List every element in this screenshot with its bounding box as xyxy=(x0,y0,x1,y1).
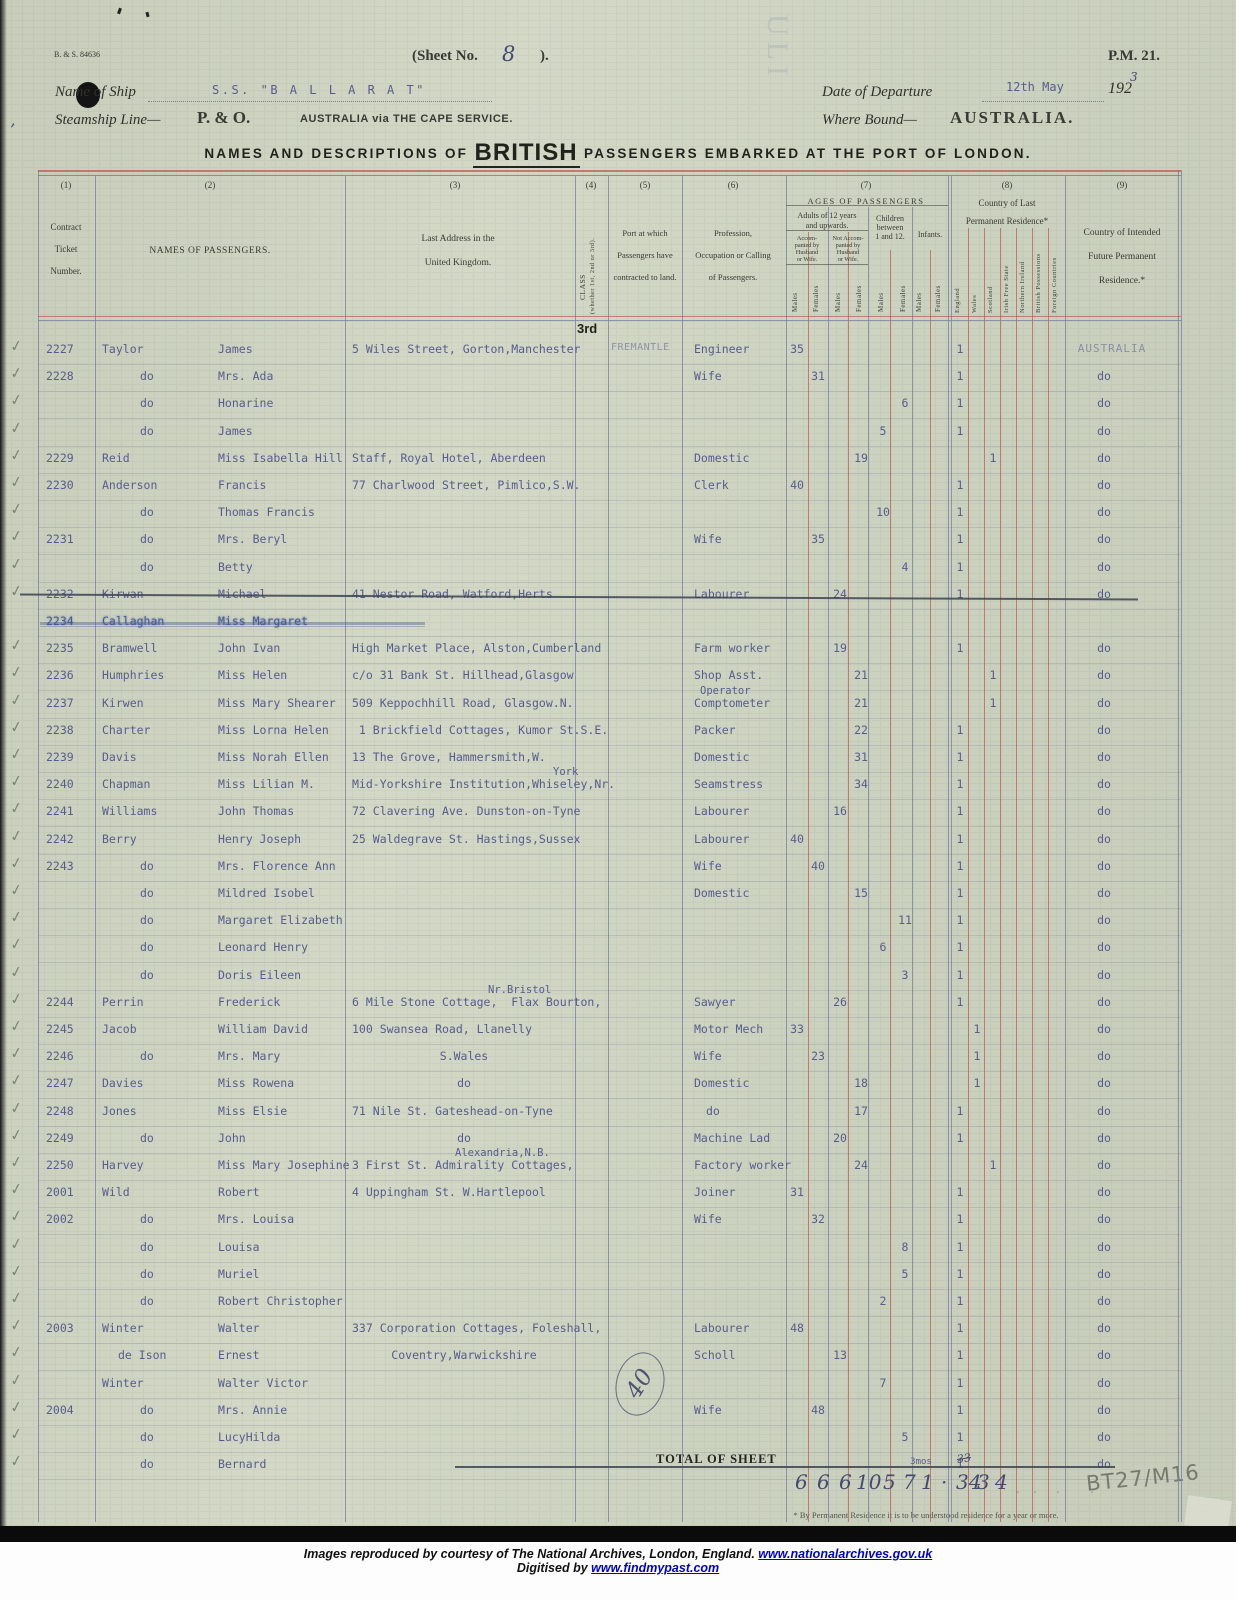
destination-ditto: do xyxy=(1097,505,1111,519)
residence-mark: 1 xyxy=(957,532,964,546)
column-header-text: Children xyxy=(876,214,904,223)
passenger-forename: Frederick xyxy=(218,995,280,1009)
row-rule xyxy=(38,1262,1181,1263)
passenger-occupation: do xyxy=(706,1104,720,1118)
row-rule xyxy=(38,364,1181,365)
class-note: 3rd xyxy=(577,321,597,336)
destination-ditto: do xyxy=(1097,1403,1111,1417)
passenger-address: Coventry,Warwickshire xyxy=(352,1348,576,1362)
column-number: (3) xyxy=(450,180,461,190)
residence-mark: 1 xyxy=(957,940,964,954)
scan-bottom-edge xyxy=(0,1526,1236,1542)
passenger-forename: Ernest xyxy=(218,1348,260,1362)
passenger-address: 77 Charlwood Street, Pimlico,S.W. xyxy=(352,478,580,492)
age-value: 35 xyxy=(811,532,825,546)
passenger-forename: Mrs. Annie xyxy=(218,1403,287,1417)
passenger-forename: Francis xyxy=(218,478,266,492)
margin-mark: ’ xyxy=(10,120,15,139)
row-rule xyxy=(38,663,1181,664)
passenger-forename: Henry Joseph xyxy=(218,832,301,846)
residence-mark: 1 xyxy=(957,723,964,737)
age-value: 2 xyxy=(880,1294,887,1308)
digitisation-footer: Images reproduced by courtesy of The Nat… xyxy=(0,1542,1236,1600)
passenger-occupation: Domestic xyxy=(694,451,749,465)
age-value: 13 xyxy=(833,1348,847,1362)
passenger-surname: do xyxy=(140,1212,154,1226)
ticket-number: 2236 xyxy=(46,668,74,682)
passenger-address: 4 Uppingham St. W.Hartlepool xyxy=(352,1185,546,1199)
table-grid-line xyxy=(1181,170,1182,1522)
residence-mark: 1 xyxy=(990,668,997,682)
ticket-number: 2004 xyxy=(46,1403,74,1417)
sheet-total-value: 4 xyxy=(995,1470,1008,1494)
row-rule xyxy=(38,718,1181,719)
ticket-number: 2229 xyxy=(46,451,74,465)
destination-ditto: do xyxy=(1097,777,1111,791)
ship-label: Name of Ship xyxy=(55,84,136,101)
destination-ditto: do xyxy=(1097,940,1111,954)
where-bound-label: Where Bound— xyxy=(822,112,917,129)
destination-ditto: do xyxy=(1097,451,1111,465)
passenger-surname: do xyxy=(140,1294,154,1308)
passenger-occupation: Labourer xyxy=(694,587,749,601)
ticket-number: 2237 xyxy=(46,696,74,710)
passenger-surname: do xyxy=(140,1403,154,1417)
passenger-surname: do xyxy=(140,913,154,927)
ticket-number: 2240 xyxy=(46,777,74,791)
passenger-forename: Thomas Francis xyxy=(218,505,315,519)
sheet-total-value: 6 xyxy=(795,1470,808,1494)
table-grid-line xyxy=(948,176,949,1522)
sheet-no-suffix: ). xyxy=(540,48,549,65)
row-rule xyxy=(38,854,1181,855)
passenger-forename: John Ivan xyxy=(218,641,280,655)
passenger-surname: Davies xyxy=(102,1076,144,1090)
passenger-address: 509 Keppochhill Road, Glasgow.N. xyxy=(352,696,574,710)
passenger-surname: do xyxy=(140,940,154,954)
destination-ditto: do xyxy=(1097,1104,1111,1118)
total-faint-dot: . xyxy=(1033,1482,1037,1496)
column-number: (8) xyxy=(1002,180,1013,190)
steamship-line-service: AUSTRALIA via THE CAPE SERVICE. xyxy=(300,113,513,125)
age-value: 5 xyxy=(902,1267,909,1281)
destination-ditto: do xyxy=(1097,1430,1111,1444)
passenger-forename: Miss Norah Ellen xyxy=(218,750,329,764)
row-rule xyxy=(38,962,1181,963)
passenger-forename: Bernard xyxy=(218,1457,266,1471)
passenger-surname: do xyxy=(140,369,154,383)
table-grid-line xyxy=(1032,228,1033,1522)
passenger-occupation: Comptometer xyxy=(694,696,770,710)
ticket-number: 2248 xyxy=(46,1104,74,1118)
column-number: (2) xyxy=(205,180,216,190)
row-rule xyxy=(38,1479,1181,1480)
destination-ditto: do xyxy=(1097,532,1111,546)
age-value: 21 xyxy=(854,668,868,682)
residence-mark: 1 xyxy=(957,560,964,574)
males-females-vertical-label: Males xyxy=(915,272,927,312)
ticket-number: 2002 xyxy=(46,1212,74,1226)
table-grid-line xyxy=(786,176,787,1522)
sheet-total-value: 1 xyxy=(921,1470,934,1494)
row-rule xyxy=(38,1207,1181,1208)
passenger-surname: Davis xyxy=(102,750,137,764)
year-handwritten: 3 xyxy=(1130,70,1138,84)
destination-ditto: do xyxy=(1097,396,1111,410)
column-number: (6) xyxy=(728,180,739,190)
sheet-total-value: 6 xyxy=(839,1470,852,1494)
sheet-no-prefix: (Sheet No. xyxy=(412,48,478,65)
residence-mark: 1 xyxy=(957,859,964,873)
passenger-occupation: Labourer xyxy=(694,804,749,818)
class-column-vertical-sublabel: (whether 1st, 2nd or 3rd). xyxy=(589,161,601,314)
residence-country-vertical-label: Foreign Countries xyxy=(1051,206,1063,313)
age-value: 23 xyxy=(811,1049,825,1063)
passenger-forename: Robert Christopher xyxy=(218,1294,343,1308)
residence-mark: 1 xyxy=(990,1158,997,1172)
destination-ditto: do xyxy=(1097,913,1111,927)
passenger-forename: Honarine xyxy=(218,396,273,410)
row-rule xyxy=(38,391,1181,392)
destination-ditto: do xyxy=(1097,369,1111,383)
findmypast-link[interactable]: www.findmypast.com xyxy=(591,1561,719,1575)
row-strike-line xyxy=(455,1466,1115,1468)
passenger-forename: Margaret Elizabeth xyxy=(218,913,343,927)
passenger-forename: Mrs. Louisa xyxy=(218,1212,294,1226)
residence-mark: 1 xyxy=(957,424,964,438)
residence-country-vertical-label: British Possessions xyxy=(1035,194,1047,313)
ticket-number: 2001 xyxy=(46,1185,74,1199)
column-header-text: Last Address in the xyxy=(421,234,494,244)
passenger-surname: Charter xyxy=(102,723,150,737)
row-rule xyxy=(38,772,1181,773)
table-grid-line xyxy=(984,228,985,1522)
destination-ditto: do xyxy=(1097,968,1111,982)
passenger-occupation: Clerk xyxy=(694,478,729,492)
passenger-surname: Jones xyxy=(102,1104,137,1118)
age-value: 19 xyxy=(854,451,868,465)
destination-ditto: do xyxy=(1097,1240,1111,1254)
age-value: 35 xyxy=(790,342,804,356)
passenger-occupation: Motor Mech xyxy=(694,1022,763,1036)
passenger-forename: Mildred Isobel xyxy=(218,886,315,900)
residence-mark: 1 xyxy=(957,968,964,982)
residence-mark: 1 xyxy=(957,1212,964,1226)
destination-ditto: do xyxy=(1097,1267,1111,1281)
age-value: 19 xyxy=(833,641,847,655)
age-value: 34 xyxy=(854,777,868,791)
destination-country: AUSTRALIA xyxy=(1078,342,1147,355)
footer-line-1: Images reproduced by courtesy of The Nat… xyxy=(0,1547,1236,1561)
passenger-occupation: Shop Asst. xyxy=(694,668,763,682)
column-header-text: United Kingdom. xyxy=(425,258,492,268)
departure-date-label: Date of Departure xyxy=(822,84,932,101)
residence-mark: 1 xyxy=(990,451,997,465)
passenger-address: 337 Corporation Cottages, Foleshall, xyxy=(352,1321,601,1335)
table-rule xyxy=(786,230,868,231)
row-rule xyxy=(38,1452,1181,1453)
column-header-text: Occupation or Calling xyxy=(695,250,771,260)
passenger-occupation: Labourer xyxy=(694,1321,749,1335)
table-rule xyxy=(38,320,1181,321)
passenger-forename: Mrs. Beryl xyxy=(218,532,287,546)
passenger-forename: Walter Victor xyxy=(218,1376,308,1390)
destination-ditto: do xyxy=(1097,750,1111,764)
row-rule xyxy=(38,1343,1181,1344)
passenger-surname: do xyxy=(140,1049,154,1063)
row-rule xyxy=(38,690,1181,691)
age-value: 48 xyxy=(811,1403,825,1417)
age-value: 17 xyxy=(854,1104,868,1118)
residence-mark: 1 xyxy=(957,750,964,764)
sheet-total-value: 6 xyxy=(817,1470,830,1494)
sheet-total-value: 3 xyxy=(977,1470,990,1494)
ticket-number: 2230 xyxy=(46,478,74,492)
column-header-text: and upwards. xyxy=(806,221,849,230)
passenger-address: 71 Nile St. Gateshead-on-Tyne xyxy=(352,1104,553,1118)
ticket-number: 2227 xyxy=(46,342,74,356)
males-females-vertical-label: Males xyxy=(877,272,889,312)
column-header-text: between xyxy=(877,223,904,232)
destination-ditto: do xyxy=(1097,1348,1111,1362)
column-header-text: Infants. xyxy=(918,230,942,239)
age-value: 24 xyxy=(854,1158,868,1172)
residence-mark: 1 xyxy=(957,1376,964,1390)
passenger-surname: Reid xyxy=(102,451,130,465)
passenger-forename: John Thomas xyxy=(218,804,294,818)
passenger-surname: do xyxy=(140,1267,154,1281)
age-value: 7 xyxy=(880,1376,887,1390)
age-value: 24 xyxy=(833,587,847,601)
passenger-occupation: Machine Lad xyxy=(694,1131,770,1145)
column-header-text: Residence.* xyxy=(1099,276,1145,286)
column-header-text: Number. xyxy=(50,266,81,276)
passenger-forename: Louisa xyxy=(218,1240,260,1254)
name-strike-line xyxy=(40,622,425,625)
age-value: 11 xyxy=(898,913,912,927)
age-value: 5 xyxy=(902,1430,909,1444)
footer-digitised-text: Digitised by xyxy=(517,1561,591,1575)
destination-ditto: do xyxy=(1097,859,1111,873)
age-value: 33 xyxy=(790,1022,804,1036)
row-rule xyxy=(38,935,1181,936)
column-header-text: Contract xyxy=(51,222,82,232)
destination-ditto: do xyxy=(1097,1457,1111,1471)
passenger-surname: do xyxy=(140,560,154,574)
row-rule xyxy=(38,554,1181,555)
destination-ditto: do xyxy=(1097,641,1111,655)
passenger-forename: Miss Rowena xyxy=(218,1076,294,1090)
row-rule xyxy=(38,500,1181,501)
steamship-line-company: P. & O. xyxy=(197,108,250,128)
passenger-address: 6 Mile Stone Cottage, Flax Bourton, xyxy=(352,995,601,1009)
passenger-forename: Miss Lilian M. xyxy=(218,777,315,791)
residence-mark: 1 xyxy=(957,342,964,356)
destination-ditto: do xyxy=(1097,995,1111,1009)
column-header-text: Port at which xyxy=(622,228,667,238)
residence-mark: 1 xyxy=(974,1076,981,1090)
age-value: 3 xyxy=(902,968,909,982)
column-header-text: Husband xyxy=(796,249,818,256)
passenger-surname: Anderson xyxy=(102,478,157,492)
destination-ditto: do xyxy=(1097,1158,1111,1172)
table-grid-line xyxy=(1178,170,1179,1522)
ticket-number: 2242 xyxy=(46,832,74,846)
residence-mark: 1 xyxy=(957,1348,964,1362)
row-rule xyxy=(38,1017,1181,1018)
column-number: (1) xyxy=(61,180,72,190)
passenger-address: 100 Swansea Road, Llanelly xyxy=(352,1022,532,1036)
pm-number: P.M. 21. xyxy=(1108,48,1160,65)
row-rule xyxy=(38,1425,1181,1426)
destination-ditto: do xyxy=(1097,886,1111,900)
passenger-address: Staff, Royal Hotel, Aberdeen xyxy=(352,451,546,465)
passenger-surname: do xyxy=(140,396,154,410)
residence-country-vertical-label: Irish Free State xyxy=(1003,211,1015,313)
passenger-occupation: Wife xyxy=(694,859,722,873)
males-females-vertical-label: Females xyxy=(855,260,867,312)
residence-mark: 1 xyxy=(957,1267,964,1281)
passenger-occupation: Scholl xyxy=(694,1348,736,1362)
row-rule xyxy=(38,1370,1181,1371)
residence-mark: 1 xyxy=(957,396,964,410)
column-header-text: Accom- xyxy=(797,235,817,242)
table-grid-line xyxy=(890,250,891,1522)
table-grid-line xyxy=(828,207,829,1522)
passenger-surname: do xyxy=(140,424,154,438)
residence-mark: 1 xyxy=(957,1430,964,1444)
row-rule xyxy=(38,1316,1181,1317)
table-grid-line xyxy=(951,176,952,1522)
row-rule xyxy=(38,745,1181,746)
row-rule xyxy=(38,908,1181,909)
row-rule xyxy=(38,418,1181,419)
passenger-forename: Robert xyxy=(218,1185,260,1199)
ticket-number: 2249 xyxy=(46,1131,74,1145)
row-rule xyxy=(38,609,1181,610)
age-value: 48 xyxy=(790,1321,804,1335)
destination-ditto: do xyxy=(1097,478,1111,492)
table-grid-line xyxy=(682,176,683,1522)
destination-ditto: do xyxy=(1097,1049,1111,1063)
row-rule xyxy=(38,1289,1181,1290)
destination-ditto: do xyxy=(1097,1294,1111,1308)
table-grid-line xyxy=(38,170,39,1522)
residence-mark: 1 xyxy=(957,369,964,383)
destination-ditto: do xyxy=(1097,668,1111,682)
age-value: 40 xyxy=(790,478,804,492)
age-value: 22 xyxy=(854,723,868,737)
column-header-text: Profession, xyxy=(714,228,752,238)
residence-mark: 1 xyxy=(957,1104,964,1118)
row-rule xyxy=(38,799,1181,800)
passenger-occupation: Domestic xyxy=(694,886,749,900)
row-rule xyxy=(38,881,1181,882)
table-rule xyxy=(38,316,1181,317)
residence-mark: 1 xyxy=(957,641,964,655)
destination-ditto: do xyxy=(1097,804,1111,818)
passenger-surname: Bramwell xyxy=(102,641,157,655)
passenger-forename: Betty xyxy=(218,560,253,574)
row-rule xyxy=(38,990,1181,991)
table-grid-line xyxy=(868,207,869,1522)
passenger-surname: do xyxy=(140,1457,154,1471)
residence-mark: 1 xyxy=(957,777,964,791)
age-value: 6 xyxy=(880,940,887,954)
date-rule xyxy=(982,100,1104,102)
passenger-surname: do xyxy=(140,968,154,982)
document-title: NAMES AND DESCRIPTIONS OF BRITISH PASSEN… xyxy=(0,138,1236,169)
age-value: 32 xyxy=(811,1212,825,1226)
passenger-surname: Perrin xyxy=(102,995,144,1009)
table-grid-line xyxy=(1000,228,1001,1522)
age-value: 6 xyxy=(902,396,909,410)
passenger-forename: Miss Lorna Helen xyxy=(218,723,329,737)
column-header-text: Country of Intended xyxy=(1083,228,1160,238)
passenger-occupation: Packer xyxy=(694,723,736,737)
passenger-address: 72 Clavering Ave. Dunston-on-Tyne xyxy=(352,804,580,818)
column-header-text: Husband xyxy=(837,249,859,256)
column-header-text: Adults of 12 years xyxy=(798,211,857,220)
age-value: 40 xyxy=(790,832,804,846)
table-grid-line xyxy=(95,176,96,1522)
residence-mark: 1 xyxy=(957,1131,964,1145)
year-printed: 192 xyxy=(1108,80,1132,98)
column-header-text: Passengers have xyxy=(617,250,672,260)
residence-mark: 1 xyxy=(957,913,964,927)
national-archives-link[interactable]: www.nationalarchives.gov.uk xyxy=(758,1547,932,1561)
destination-ditto: do xyxy=(1097,560,1111,574)
passenger-address: 1 Brickfield Cottages, Kumor St.S.E. xyxy=(352,723,608,737)
passenger-forename: Miss Mary Josephine xyxy=(218,1158,350,1172)
passenger-forename: John xyxy=(218,1131,246,1145)
passenger-surname: do xyxy=(140,886,154,900)
table-grid-line xyxy=(930,250,931,1522)
passenger-address: 3 First St. Admirality Cottages, xyxy=(352,1158,574,1172)
passenger-address: c/o 31 Bank St. Hillhead,Glasgow xyxy=(352,668,574,682)
passenger-occupation: Wife xyxy=(694,1403,722,1417)
destination-ditto: do xyxy=(1097,1212,1111,1226)
column-header-text: contracted to land. xyxy=(613,272,676,282)
destination-ditto: do xyxy=(1097,696,1111,710)
table-rule xyxy=(38,170,1181,172)
age-value: 21 xyxy=(854,696,868,710)
passenger-occupation: Wife xyxy=(694,369,722,383)
passenger-address: do xyxy=(352,1131,576,1145)
passenger-forename: James xyxy=(218,342,253,356)
name-strike-line xyxy=(40,626,425,627)
ship-name-rule xyxy=(148,100,492,102)
residence-mark: 1 xyxy=(957,1321,964,1335)
row-rule xyxy=(38,527,1181,528)
table-grid-line xyxy=(345,176,346,1522)
scan-edge xyxy=(0,0,7,1526)
residence-mark: 1 xyxy=(957,1185,964,1199)
age-value: 5 xyxy=(880,424,887,438)
age-value: 16 xyxy=(833,804,847,818)
age-value: 26 xyxy=(833,995,847,1009)
residence-country-vertical-label: England xyxy=(954,264,966,313)
passenger-forename: LucyHilda xyxy=(218,1430,280,1444)
residence-mark: 1 xyxy=(957,995,964,1009)
sheet-total-correction: 33 xyxy=(956,1451,972,1466)
row-rule xyxy=(38,1098,1181,1099)
row-rule xyxy=(38,582,1181,583)
total-faint-dot: . xyxy=(1016,1482,1020,1496)
sheet-total-value: · xyxy=(941,1470,947,1494)
sheet-no-value: 8 xyxy=(502,42,515,66)
title-pre: NAMES AND DESCRIPTIONS OF xyxy=(204,146,468,161)
